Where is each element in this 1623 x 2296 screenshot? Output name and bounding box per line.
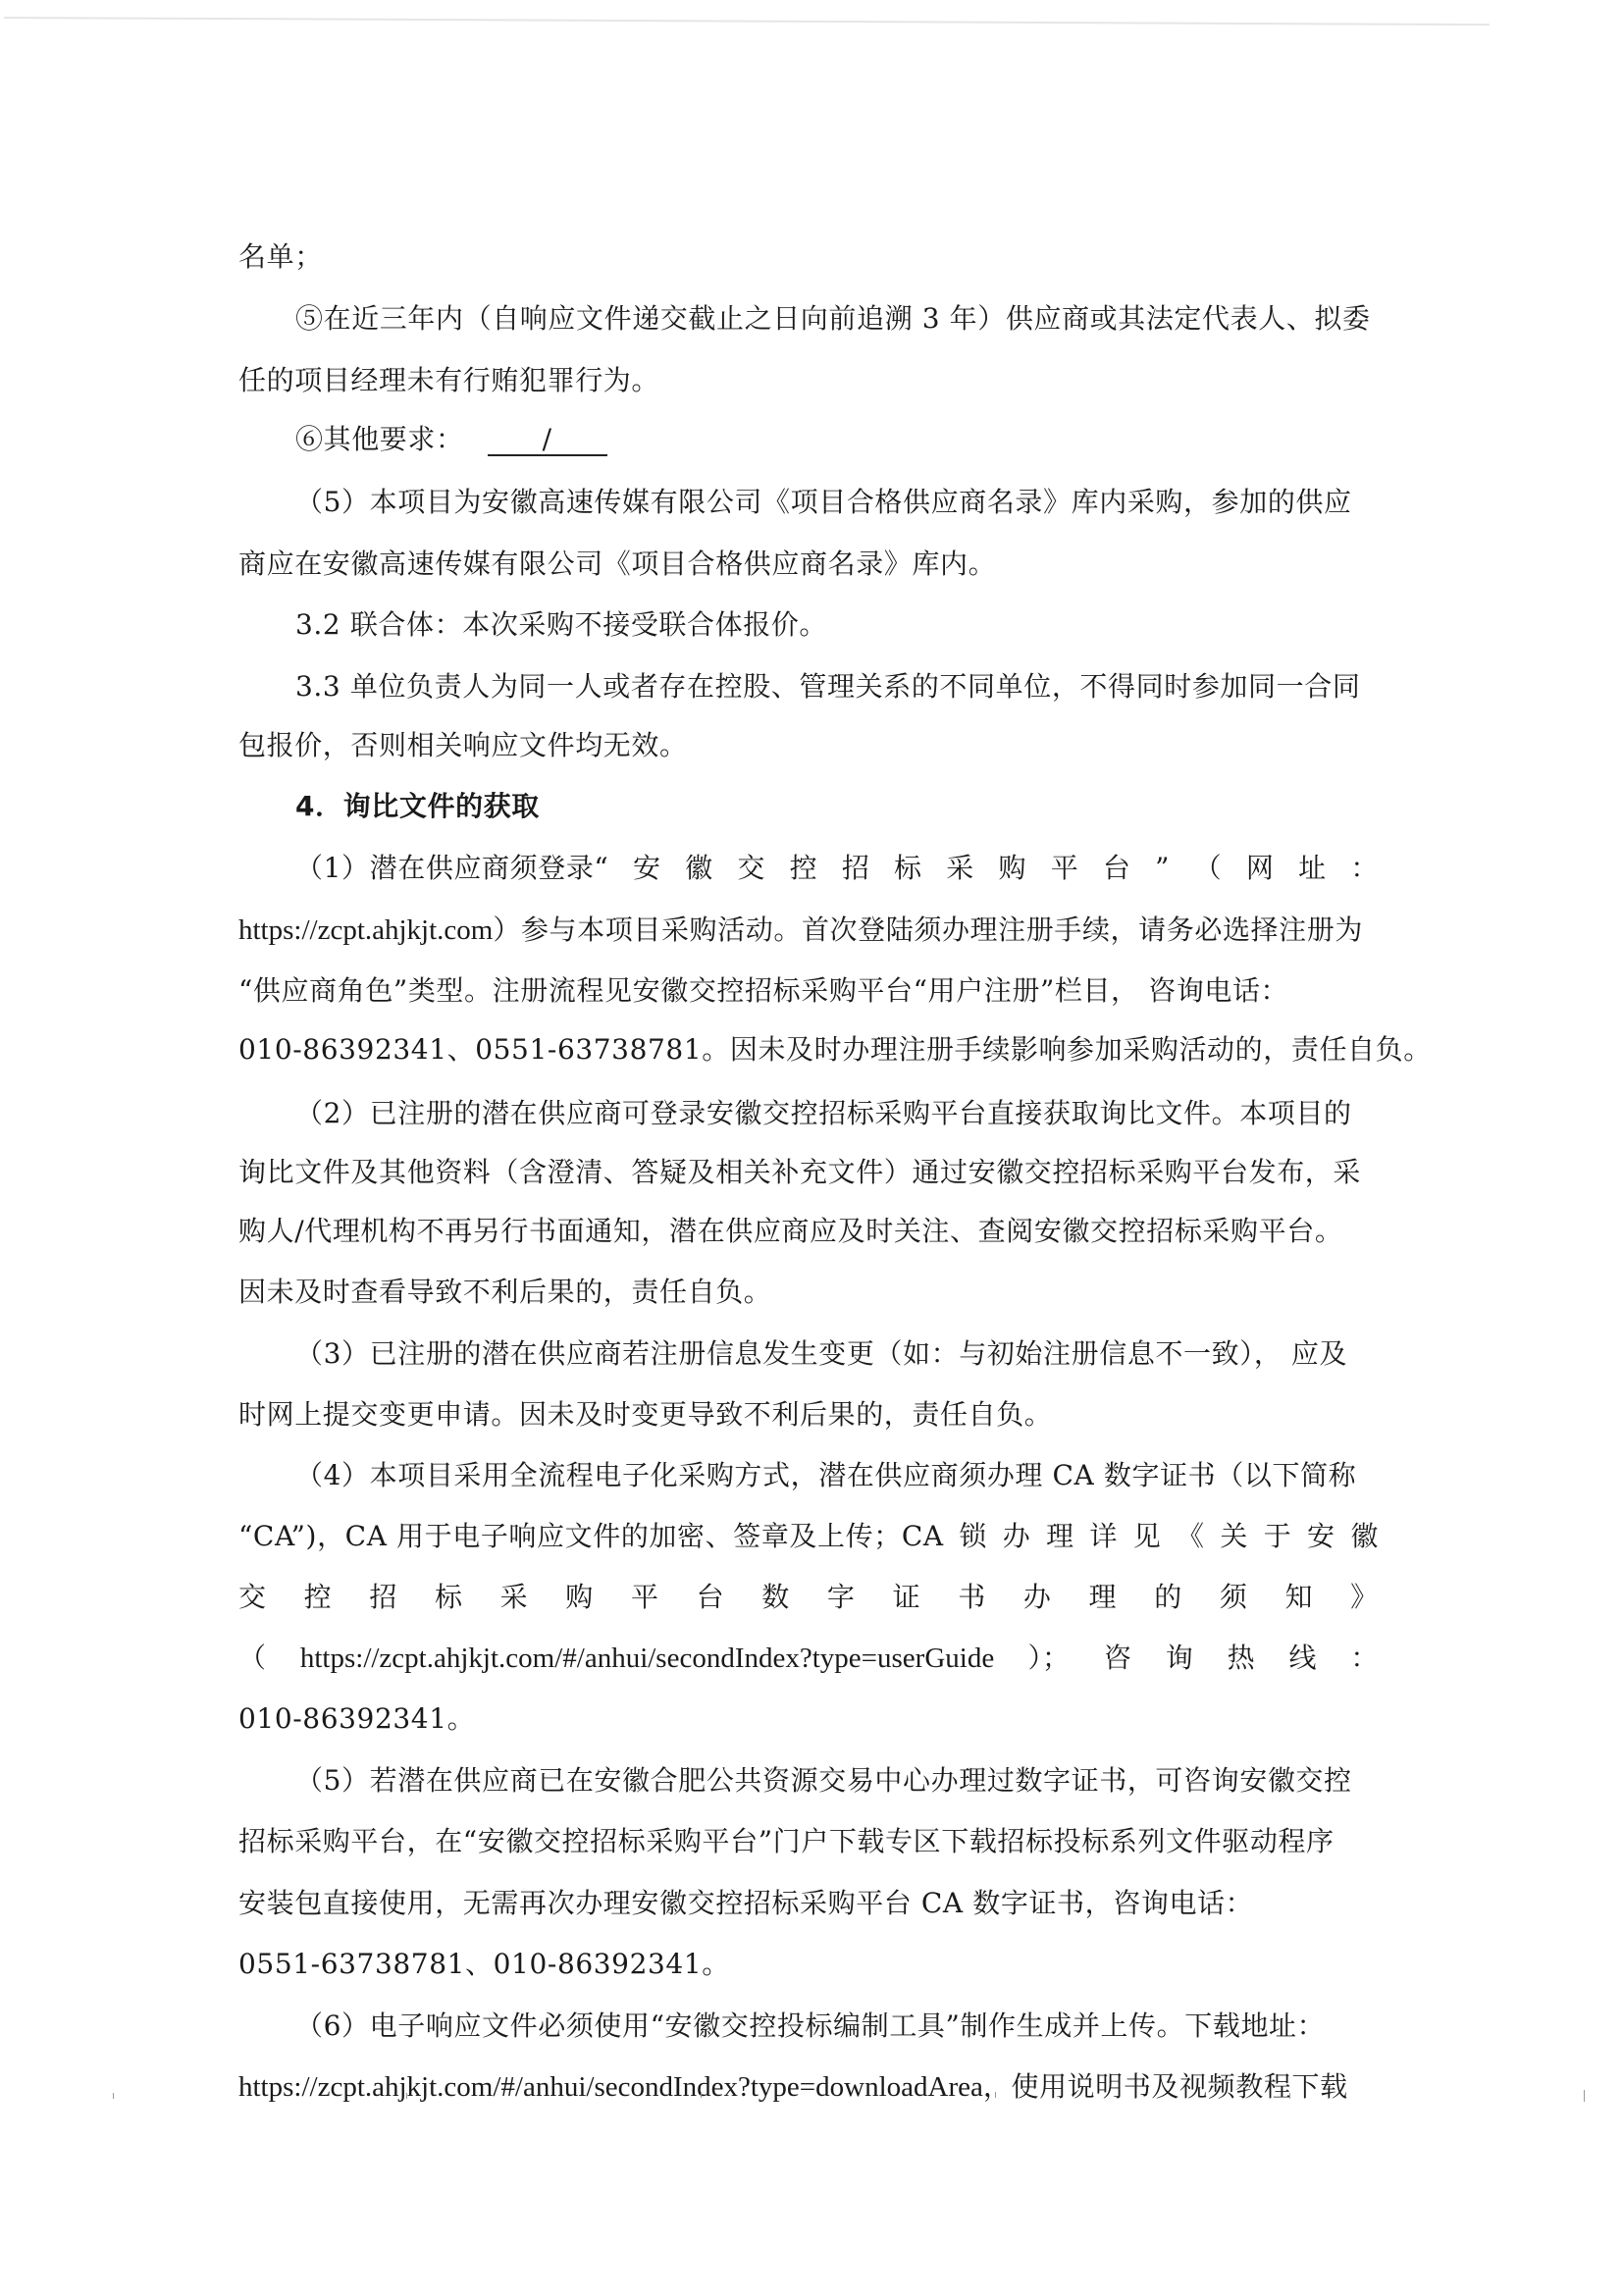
text-segment: 锁 [959,1517,987,1556]
text-segment: 台 [697,1578,725,1617]
section-heading: 4．询比文件的获取 [295,787,1379,826]
paragraph-line: 时网上提交变更申请。因未及时变更导致不利后果的，责任自负。 [238,1395,1379,1435]
paragraph-line: （2）已注册的潜在供应商可登录安徽交控招标采购平台直接获取询比文件。本项目的 [295,1094,1379,1133]
paragraph-line: “供应商角色”类型。注册流程见安徽交控招标采购平台“用户注册”栏目， 咨询电话： [238,971,1379,1011]
other-requirements-label: ⑥其他要求： [295,423,464,455]
text-segment: 安 [633,849,661,888]
scan-artifact-dot [1289,2093,1290,2099]
text-segment: 网 [1246,849,1275,888]
text-segment: 招 [369,1578,397,1617]
text-segment: 询 [1166,1639,1194,1678]
text-segment: 办 [1023,1578,1052,1617]
text-segment: ）参与本项目采购活动。首次登陆须办理注册手续，请务必选择注册为 [493,913,1363,946]
text-segment: “CA”)，CA 用于电子响应文件的加密、签章及上传；CA [238,1517,944,1556]
paragraph-line: 安装包直接使用，无需再次办理安徽交控招标采购平台 CA 数字证书，咨询电话： [238,1884,1379,1923]
scan-artifact-dot [1584,2090,1585,2102]
paragraph-line: 3.2 联合体：本次采购不接受联合体报价。 [295,605,1379,645]
text-segment: 关 [1220,1517,1248,1556]
text-segment: 数 [761,1578,790,1617]
text-segment: 于 [1264,1517,1292,1556]
paragraph-line: 购人/代理机构不再另行书面通知，潜在供应商应及时关注、查阅安徽交控招标采购平台。 [238,1212,1379,1251]
text-segment: 交 [238,1578,267,1617]
text-segment: ： [1350,1639,1379,1678]
scan-artifact-dot [113,2093,114,2099]
paragraph-line: 招标采购平台，在“安徽交控招标采购平台”门户下载专区下载招标投标系列文件驱动程序 [238,1822,1379,1861]
text-segment: 办 [1003,1517,1031,1556]
text-segment: 标 [435,1578,463,1617]
paragraph-line: （5）若潜在供应商已在安徽合肥公共资源交易中心办理过数字证书，可咨询安徽交控 [295,1761,1379,1800]
paragraph-line-justified: （ https://zcpt.ahjkjt.com/#/anhui/second… [238,1639,1379,1678]
other-requirements-value: / [488,425,607,456]
text-segment: 理 [1089,1578,1118,1617]
text-segment: 招 [842,849,870,888]
text-segment: 址 [1298,849,1327,888]
paragraph-line: 任的项目经理未有行贿犯罪行为。 [238,361,1379,400]
platform-url: https://zcpt.ahjkjt.com [238,914,493,946]
user-guide-url: https://zcpt.ahjkjt.com/#/anhui/secondIn… [300,1639,994,1678]
paragraph-line-justified: （1）潜在供应商须登录“ 安 徽 交 控 招 标 采 购 平 台 ” （ 网 址… [295,849,1379,888]
paragraph-line: ⑤在近三年内（自响应文件递交截止之日向前追溯 3 年）供应商或其法定代表人、拟委 [295,299,1379,339]
scan-artifact-dot [995,2092,996,2098]
text-segment: ” [1155,849,1170,888]
text-segment: 徽 [685,849,713,888]
text-segment: 采 [946,849,974,888]
text-segment: 交 [737,849,765,888]
text-segment: 字 [827,1578,856,1617]
text-segment: ）； [1027,1639,1070,1678]
text-segment: 台 [1103,849,1131,888]
text-segment: 平 [1051,849,1079,888]
paragraph-line: 0551-63738781、010-86392341。 [238,1945,1379,1984]
paragraph-line: （3）已注册的潜在供应商若注册信息发生变更（如：与初始注册信息不一致）， 应及 [295,1334,1379,1374]
paragraph-line: https://zcpt.ahjkjt.com）参与本项目采购活动。首次登陆须办… [238,911,1379,950]
paragraph-line: https://zcpt.ahjkjt.com/#/anhui/secondIn… [238,2067,1379,2107]
text-segment: 知 [1285,1578,1314,1617]
text-segment: （1）潜在供应商须登录“ [295,849,608,888]
paragraph-line-justified: 交 控 招 标 采 购 平 台 数 字 证 书 办 理 的 须 知 》 [238,1578,1379,1617]
paragraph-line: 名单； [238,237,1379,277]
text-segment: 热 [1228,1639,1256,1678]
text-segment: （ [238,1639,267,1678]
text-segment: （ [1194,849,1223,888]
text-segment: 》 [1350,1578,1379,1617]
other-requirements-line: ⑥其他要求：/ [295,420,1379,459]
scan-edge-line [4,17,1490,26]
paragraph-line: 询比文件及其他资料（含澄清、答疑及相关补充文件）通过安徽交控招标采购平台发布，采 [238,1153,1379,1192]
text-segment: 采 [500,1578,529,1617]
text-segment: 徽 [1350,1517,1379,1556]
paragraph-line: （6）电子响应文件必须使用“安徽交控投标编制工具”制作生成并上传。下载地址： [295,2007,1379,2046]
download-area-url: https://zcpt.ahjkjt.com/#/anhui/secondIn… [238,2071,983,2103]
text-segment: 须 [1220,1578,1248,1617]
paragraph-line: 010-86392341、0551-63738781。因未及时办理注册手续影响参… [238,1030,1379,1070]
text-segment: 购 [565,1578,594,1617]
text-segment: 平 [631,1578,659,1617]
text-segment: 见 [1133,1517,1162,1556]
paragraph-line: （4）本项目采用全流程电子化采购方式，潜在供应商须办理 CA 数字证书（以下简称 [295,1456,1379,1495]
text-segment: 标 [894,849,922,888]
scan-artifact-dot [701,2092,702,2098]
text-segment: 详 [1089,1517,1118,1556]
paragraph-line: 010-86392341。 [238,1699,1379,1739]
scan-artifact-dot [406,2093,407,2099]
paragraph-line: 因未及时查看导致不利后果的，责任自负。 [238,1273,1379,1312]
text-segment: 证 [893,1578,921,1617]
text-segment: 控 [304,1578,333,1617]
text-segment: ： [1350,849,1379,888]
text-segment: 购 [998,849,1026,888]
paragraph-line-justified: “CA”)，CA 用于电子响应文件的加密、签章及上传；CA 锁 办 理 详 见 … [238,1517,1379,1556]
paragraph-line: （5）本项目为安徽高速传媒有限公司《项目合格供应商名录》库内采购，参加的供应 [295,483,1379,522]
text-segment: 控 [790,849,818,888]
text-segment: 的 [1154,1578,1182,1617]
text-segment: 理 [1046,1517,1074,1556]
text-segment: ，使用说明书及视频教程下载 [983,2070,1348,2103]
paragraph-line: 商应在安徽高速传媒有限公司《项目合格供应商名录》库内。 [238,545,1379,584]
text-segment: 《 [1177,1517,1205,1556]
text-segment: 咨 [1104,1639,1132,1678]
text-segment: 线 [1288,1639,1317,1678]
paragraph-line: 3.3 单位负责人为同一人或者存在控股、管理关系的不同单位，不得同时参加同一合同 [295,667,1379,706]
paragraph-line: 包报价，否则相关响应文件均无效。 [238,726,1379,765]
text-segment: 安 [1307,1517,1335,1556]
text-segment: 书 [958,1578,986,1617]
